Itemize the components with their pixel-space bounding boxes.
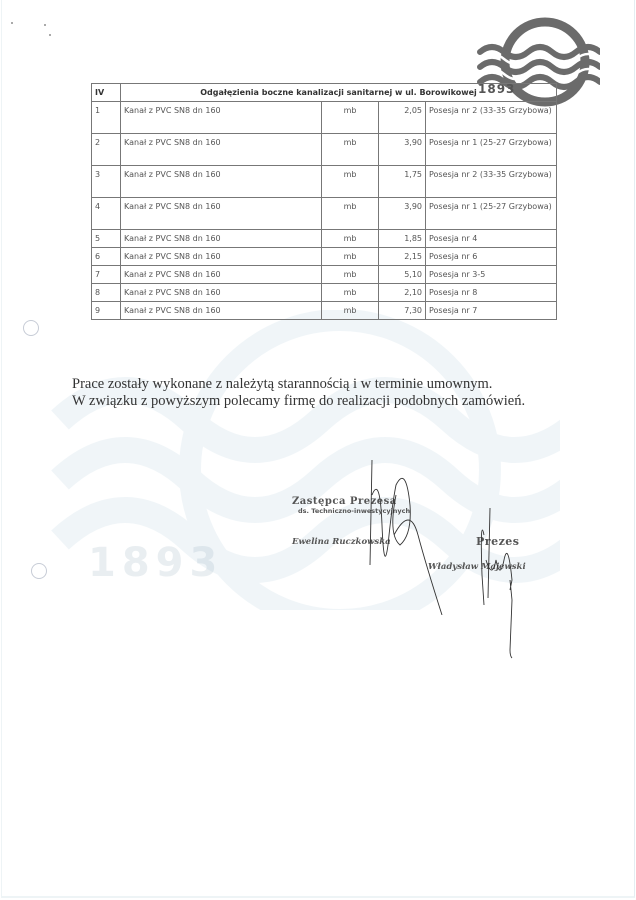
punch-hole [23,320,39,336]
president-signature-block: Prezes Władysław Majewski [428,535,526,572]
row-location: Posesja nr 6 [426,248,557,266]
table-row: 3Kanał z PVC SN8 dn 160mb1,75Posesja nr … [92,166,557,198]
row-number: 9 [92,302,121,320]
table-row: 5Kanał z PVC SN8 dn 160mb1,85Posesja nr … [92,230,557,248]
deputy-signature-block: Zastępca Prezesa ds. Techniczno-inwestyc… [292,496,410,547]
table-row: 7Kanał z PVC SN8 dn 160mb5,10Posesja nr … [92,266,557,284]
row-description: Kanał z PVC SN8 dn 160 [121,302,322,320]
row-description: Kanał z PVC SN8 dn 160 [121,198,322,230]
row-number: 8 [92,284,121,302]
table-row: 4Kanał z PVC SN8 dn 160mb3,90Posesja nr … [92,198,557,230]
row-description: Kanał z PVC SN8 dn 160 [121,134,322,166]
row-location: Posesja nr 4 [426,230,557,248]
row-location: Posesja nr 1 (25-27 Grzybowa) [426,134,557,166]
row-unit: mb [322,230,379,248]
logo-year: 1893 [478,82,515,96]
row-location: Posesja nr 1 (25-27 Grzybowa) [426,198,557,230]
row-unit: mb [322,266,379,284]
recommendation-text: Prace zostały wykonane z należytą staran… [72,376,525,410]
deputy-name: Ewelina Ruczkowska [292,537,410,547]
table-row: 9Kanał z PVC SN8 dn 160mb7,30Posesja nr … [92,302,557,320]
row-unit: mb [322,284,379,302]
row-quantity: 2,05 [379,102,426,134]
row-quantity: 1,75 [379,166,426,198]
row-location: Posesja nr 2 (33-35 Grzybowa) [426,166,557,198]
table-row: 1Kanał z PVC SN8 dn 160mb2,05Posesja nr … [92,102,557,134]
deputy-subtitle: ds. Techniczno-inwestycyjnych [298,507,410,515]
watermark-year: 1893 [88,540,223,586]
works-table: IV Odgałęzienia boczne kanalizacji sanit… [91,83,557,320]
row-unit: mb [322,302,379,320]
row-quantity: 3,90 [379,134,426,166]
row-number: 7 [92,266,121,284]
row-number: 6 [92,248,121,266]
punch-hole [31,563,47,579]
row-number: 5 [92,230,121,248]
row-number: 4 [92,198,121,230]
scan-speck [11,22,13,24]
row-quantity: 3,90 [379,198,426,230]
row-quantity: 7,30 [379,302,426,320]
table-row: 6Kanał z PVC SN8 dn 160mb2,15Posesja nr … [92,248,557,266]
president-title: Prezes [476,535,526,548]
scan-speck [49,34,51,36]
row-description: Kanał z PVC SN8 dn 160 [121,284,322,302]
row-location: Posesja nr 7 [426,302,557,320]
row-description: Kanał z PVC SN8 dn 160 [121,166,322,198]
section-number: IV [92,84,121,102]
row-quantity: 1,85 [379,230,426,248]
row-number: 3 [92,166,121,198]
row-unit: mb [322,102,379,134]
table-row: 2Kanał z PVC SN8 dn 160mb3,90Posesja nr … [92,134,557,166]
row-unit: mb [322,166,379,198]
row-quantity: 5,10 [379,266,426,284]
row-location: Posesja nr 8 [426,284,557,302]
body-line-1: Prace zostały wykonane z należytą staran… [72,376,525,393]
row-unit: mb [322,248,379,266]
body-line-2: W związku z powyższym polecamy firmę do … [72,393,525,410]
row-description: Kanał z PVC SN8 dn 160 [121,248,322,266]
row-description: Kanał z PVC SN8 dn 160 [121,230,322,248]
row-location: Posesja nr 3-5 [426,266,557,284]
president-name: Władysław Majewski [428,562,526,572]
row-unit: mb [322,198,379,230]
row-number: 1 [92,102,121,134]
row-quantity: 2,15 [379,248,426,266]
row-location: Posesja nr 2 (33-35 Grzybowa) [426,102,557,134]
row-quantity: 2,10 [379,284,426,302]
row-description: Kanał z PVC SN8 dn 160 [121,102,322,134]
row-description: Kanał z PVC SN8 dn 160 [121,266,322,284]
table-row: 8Kanał z PVC SN8 dn 160mb2,10Posesja nr … [92,284,557,302]
row-number: 2 [92,134,121,166]
deputy-title: Zastępca Prezesa [292,496,410,507]
row-unit: mb [322,134,379,166]
scan-speck [44,24,46,26]
